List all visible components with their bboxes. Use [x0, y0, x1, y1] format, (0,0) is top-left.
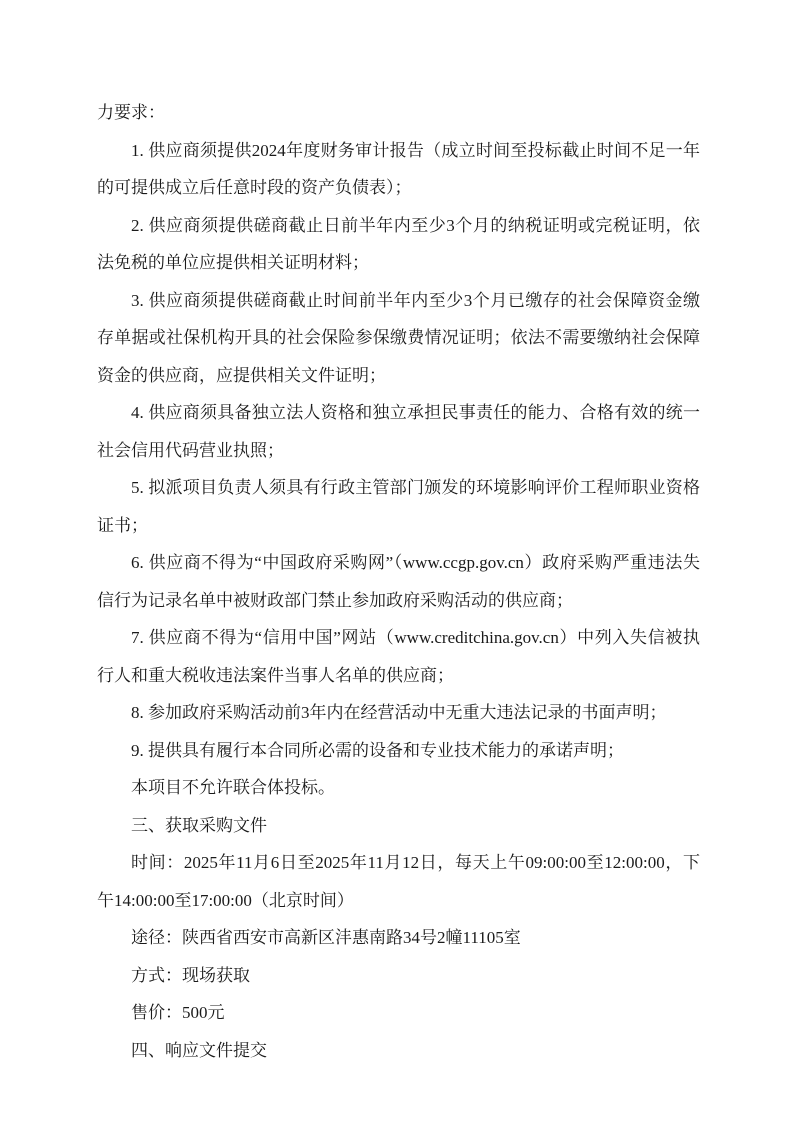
acquisition-price: 售价：500元	[97, 994, 700, 1032]
qualification-item-8: 8. 参加政府采购活动前3年内在经营活动中无重大违法记录的书面声明；	[97, 694, 700, 732]
section-4-heading: 四、响应文件提交	[97, 1032, 700, 1070]
section-3-heading: 三、获取采购文件	[97, 807, 700, 845]
qualification-item-3: 3. 供应商须提供磋商截止时间前半年内至少3个月已缴存的社会保障资金缴存单据或社…	[97, 282, 700, 395]
qualification-item-7: 7. 供应商不得为“信用中国”网站（www.creditchina.gov.cn…	[97, 619, 700, 694]
acquisition-route: 途径：陕西省西安市高新区沣惠南路34号2幢11105室	[97, 919, 700, 957]
acquisition-time: 时间：2025年11月6日至2025年11月12日，每天上午09:00:00至1…	[97, 844, 700, 919]
qualification-item-1: 1. 供应商须提供2024年度财务审计报告（成立时间至投标截止时间不足一年的可提…	[97, 132, 700, 207]
qualification-item-2: 2. 供应商须提供磋商截止日前半年内至少3个月的纳税证明或完税证明，依法免税的单…	[97, 207, 700, 282]
acquisition-method: 方式：现场获取	[97, 957, 700, 995]
qualification-item-6: 6. 供应商不得为“中国政府采购网”（www.ccgp.gov.cn）政府采购严…	[97, 544, 700, 619]
capability-requirements-tail: 力要求：	[97, 94, 700, 132]
document-page: 力要求： 1. 供应商须提供2024年度财务审计报告（成立时间至投标截止时间不足…	[0, 0, 793, 1122]
qualification-item-4: 4. 供应商须具备独立法人资格和独立承担民事责任的能力、合格有效的统一社会信用代…	[97, 394, 700, 469]
no-consortium-note: 本项目不允许联合体投标。	[97, 769, 700, 807]
document-body: 力要求： 1. 供应商须提供2024年度财务审计报告（成立时间至投标截止时间不足…	[97, 94, 700, 1069]
qualification-item-5: 5. 拟派项目负责人须具有行政主管部门颁发的环境影响评价工程师职业资格证书；	[97, 469, 700, 544]
qualification-item-9: 9. 提供具有履行本合同所必需的设备和专业技术能力的承诺声明；	[97, 732, 700, 770]
